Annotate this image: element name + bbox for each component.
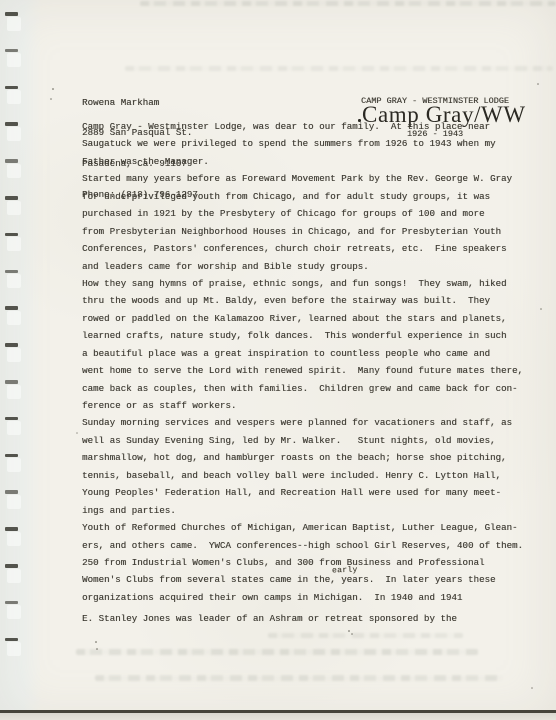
body-line: Camp Gray - Westminster Lodge, was dear … xyxy=(82,118,523,135)
body-line: 250 from Industrial Women's Clubs, and 3… xyxy=(82,554,523,571)
body-line: ings and parties. xyxy=(82,502,523,519)
binding-hole xyxy=(0,49,28,75)
bleedthrough-smudge xyxy=(140,1,556,6)
binding-hole xyxy=(0,527,28,553)
bleedthrough-smudge xyxy=(95,675,503,681)
body-line: Conferences, Pastors' conferences, churc… xyxy=(82,240,523,257)
body-line: tennis, baseball, and beach volley ball … xyxy=(82,467,523,484)
binding-hole xyxy=(0,564,28,590)
body-line: marshmallow, hot dog, and hamburger roas… xyxy=(82,449,523,466)
body-line: Saugatuck we were privileged to spend th… xyxy=(82,135,523,152)
body-line: well as Sunday Evening Sing, led by Mr. … xyxy=(82,432,523,449)
sender-name: Rowena Markham xyxy=(82,98,198,108)
binding-hole xyxy=(0,86,28,112)
binding-hole xyxy=(0,454,28,480)
binding-hole xyxy=(0,270,28,296)
inserted-word: early xyxy=(332,566,358,576)
binding-hole xyxy=(0,490,28,516)
body-line: learned crafts, nature study, folk dance… xyxy=(82,327,523,344)
document-body: Camp Gray - Westminster Lodge, was dear … xyxy=(82,118,523,628)
body-line: ference or as staff workers. xyxy=(82,397,523,414)
body-line: went home to serve the Lord with renewed… xyxy=(82,362,523,379)
binding-hole xyxy=(0,417,28,443)
body-line: E. Stanley Jones was leader of an Ashram… xyxy=(82,610,523,627)
bleedthrough-smudge xyxy=(125,66,553,71)
body-line: Sunday morning services and vespers were… xyxy=(82,414,523,431)
binding-hole xyxy=(0,159,28,185)
body-line: Father was the Manager. xyxy=(82,153,523,170)
bleedthrough-smudge xyxy=(268,633,463,638)
body-line: Youth of Reformed Churches of Michigan, … xyxy=(82,519,523,536)
body-line: rowed or paddled on the Kalamazoo River,… xyxy=(82,310,523,327)
binding-hole xyxy=(0,196,28,222)
body-line: Young Peoples' Federation Hall, and Recr… xyxy=(82,484,523,501)
binding-holes xyxy=(0,0,28,720)
dust-specks xyxy=(0,0,2,2)
scan-edge-strip xyxy=(0,713,556,720)
scanned-page: Rowena Markham 2889 San Pasqual St. Pasa… xyxy=(0,0,556,720)
body-line: and leaders came for worship and Bible s… xyxy=(82,258,523,275)
body-line: Women's Clubs from several states came i… xyxy=(82,571,523,588)
body-line: for underprivileged youth from Chicago, … xyxy=(82,188,523,205)
body-line: purchased in 1921 by the Presbytery of C… xyxy=(82,205,523,222)
binding-hole xyxy=(0,638,28,664)
body-line: from Presbyterian Neighborhood Houses in… xyxy=(82,223,523,240)
binding-hole xyxy=(0,233,28,259)
body-line: organizations acquired their own camps i… xyxy=(82,589,523,606)
body-line: How they sang hymns of praise, ethnic so… xyxy=(82,275,523,292)
body-line: a beautiful place was a great inspiratio… xyxy=(82,345,523,362)
binding-hole xyxy=(0,122,28,148)
body-line: came back as couples, then with families… xyxy=(82,380,523,397)
body-line: ers, and others came. YWCA conferences--… xyxy=(82,537,523,554)
binding-hole xyxy=(0,343,28,369)
body-line: thru the woods and up Mt. Baldy, even be… xyxy=(82,292,523,309)
binding-hole xyxy=(0,12,28,38)
binding-hole xyxy=(0,306,28,332)
body-line: Started many years before as Foreward Mo… xyxy=(82,170,523,187)
bleedthrough-smudge xyxy=(76,649,478,655)
binding-hole xyxy=(0,601,28,627)
binding-hole xyxy=(0,380,28,406)
